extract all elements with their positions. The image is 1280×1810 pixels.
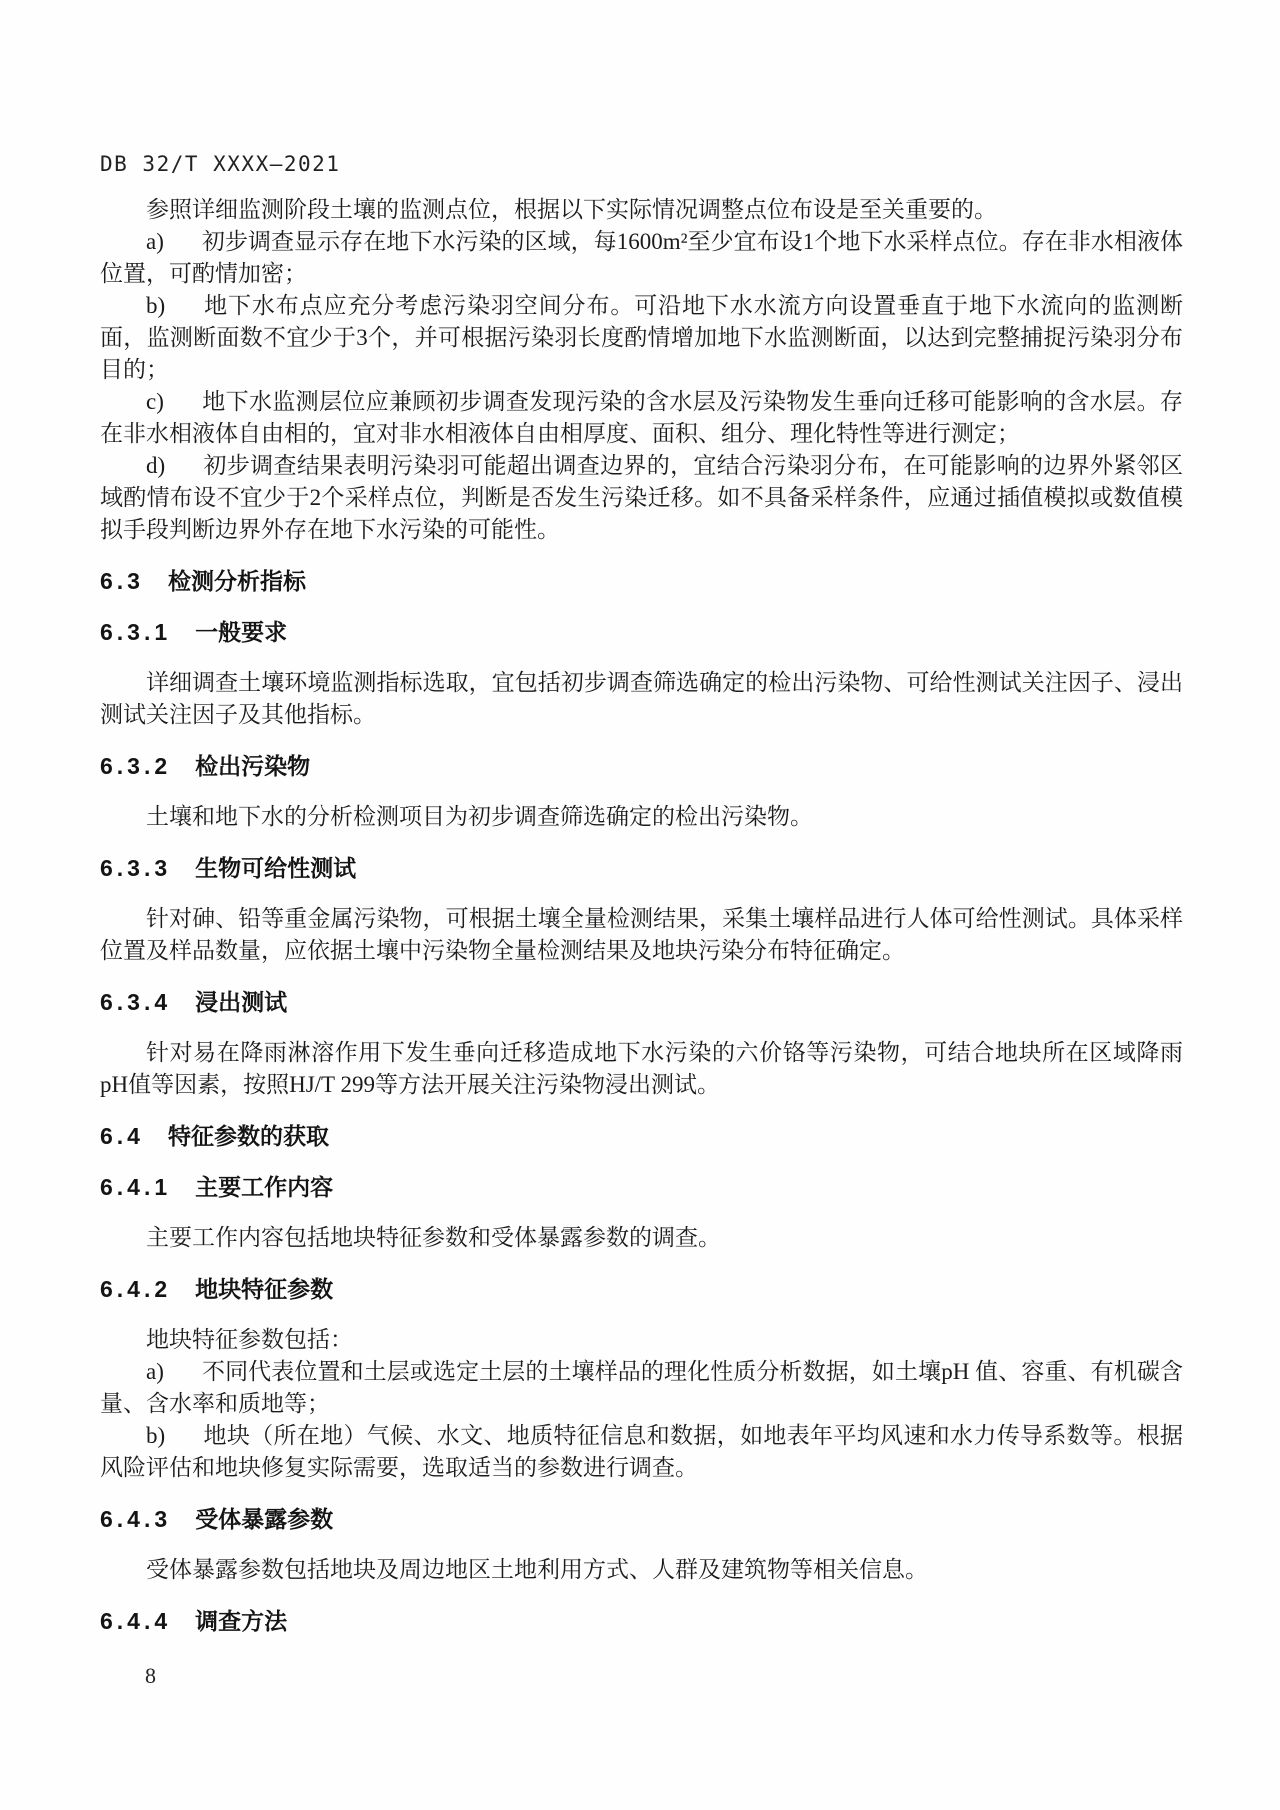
heading-title: 一般要求: [195, 619, 287, 645]
list-text-a: 初步调查显示存在地下水污染的区域，每1600m²至少宜布设1个地下水采样点位。存…: [100, 229, 1183, 286]
heading-number: 6.3.1: [100, 619, 171, 645]
heading-6-4: 6.4特征参数的获取: [100, 1120, 1183, 1152]
list-text-d: 初步调查结果表明污染羽可能超出调查边界的，宜结合污染羽分布，在可能影响的边界外紧…: [100, 453, 1183, 542]
heading-number: 6.4.1: [100, 1174, 171, 1200]
heading-6-4-4: 6.4.4调查方法: [100, 1605, 1183, 1637]
heading-title: 检出污染物: [195, 753, 310, 779]
heading-title: 主要工作内容: [195, 1174, 333, 1200]
list-label-a: a): [146, 229, 164, 254]
heading-title: 调查方法: [195, 1608, 287, 1634]
document-header: DB 32/T XXXX—2021: [100, 150, 1183, 178]
paragraph-6-3-3: 针对砷、铅等重金属污染物，可根据土壤全量检测结果，采集土壤样品进行人体可给性测试…: [100, 903, 1183, 967]
heading-6-3: 6.3检测分析指标: [100, 565, 1183, 597]
list-text-b: 地下水布点应充分考虑污染羽空间分布。可沿地下水水流方向设置垂直于地下水流向的监测…: [100, 293, 1183, 382]
paragraph-6-4-2: 地块特征参数包括：: [100, 1324, 1183, 1356]
list-item-642-a: a)不同代表位置和土层或选定土层的土壤样品的理化性质分析数据，如土壤pH 值、容…: [100, 1356, 1183, 1420]
list-item-b: b)地下水布点应充分考虑污染羽空间分布。可沿地下水水流方向设置垂直于地下水流向的…: [100, 290, 1183, 386]
list-label-642-b: b): [146, 1423, 165, 1448]
heading-title: 特征参数的获取: [168, 1123, 329, 1149]
list-item-a: a)初步调查显示存在地下水污染的区域，每1600m²至少宜布设1个地下水采样点位…: [100, 226, 1183, 290]
heading-6-3-4: 6.3.4浸出测试: [100, 986, 1183, 1018]
document-page: DB 32/T XXXX—2021 参照详细监测阶段土壤的监测点位，根据以下实际…: [0, 0, 1280, 1810]
list-item-d: d)初步调查结果表明污染羽可能超出调查边界的，宜结合污染羽分布，在可能影响的边界…: [100, 450, 1183, 546]
list-text-c: 地下水监测层位应兼顾初步调查发现污染的含水层及污染物发生垂向迁移可能影响的含水层…: [100, 389, 1183, 446]
heading-number: 6.4: [100, 1123, 144, 1149]
heading-number: 6.4.2: [100, 1276, 171, 1302]
list-text-642-a: 不同代表位置和土层或选定土层的土壤样品的理化性质分析数据，如土壤pH 值、容重、…: [100, 1359, 1183, 1416]
paragraph-6-3-4: 针对易在降雨淋溶作用下发生垂向迁移造成地下水污染的六价铬等污染物，可结合地块所在…: [100, 1037, 1183, 1101]
heading-title: 受体暴露参数: [195, 1506, 333, 1532]
heading-title: 检测分析指标: [168, 568, 306, 594]
heading-number: 6.4.4: [100, 1608, 171, 1634]
heading-6-4-2: 6.4.2地块特征参数: [100, 1273, 1183, 1305]
page-number: 8: [145, 1661, 1183, 1691]
paragraph-6-4-1: 主要工作内容包括地块特征参数和受体暴露参数的调查。: [100, 1222, 1183, 1254]
heading-title: 生物可给性测试: [195, 855, 356, 881]
heading-title: 地块特征参数: [195, 1276, 333, 1302]
heading-number: 6.3.2: [100, 753, 171, 779]
list-item-642-b: b)地块（所在地）气候、水文、地质特征信息和数据，如地表年平均风速和水力传导系数…: [100, 1420, 1183, 1484]
paragraph-6-3-2: 土壤和地下水的分析检测项目为初步调查筛选确定的检出污染物。: [100, 801, 1183, 833]
heading-6-4-1: 6.4.1主要工作内容: [100, 1171, 1183, 1203]
list-label-c: c): [146, 389, 164, 414]
paragraph-intro: 参照详细监测阶段土壤的监测点位，根据以下实际情况调整点位布设是至关重要的。: [100, 194, 1183, 226]
heading-6-3-1: 6.3.1一般要求: [100, 616, 1183, 648]
heading-title: 浸出测试: [195, 989, 287, 1015]
heading-number: 6.4.3: [100, 1506, 171, 1532]
list-text-642-b: 地块（所在地）气候、水文、地质特征信息和数据，如地表年平均风速和水力传导系数等。…: [100, 1423, 1183, 1480]
paragraph-6-4-3: 受体暴露参数包括地块及周边地区土地利用方式、人群及建筑物等相关信息。: [100, 1554, 1183, 1586]
heading-6-3-3: 6.3.3生物可给性测试: [100, 852, 1183, 884]
heading-number: 6.3.3: [100, 855, 171, 881]
paragraph-6-3-1: 详细调查土壤环境监测指标选取，宜包括初步调查筛选确定的检出污染物、可给性测试关注…: [100, 667, 1183, 731]
list-label-b: b): [146, 293, 165, 318]
heading-number: 6.3: [100, 568, 144, 594]
heading-number: 6.3.4: [100, 989, 171, 1015]
document-body: 参照详细监测阶段土壤的监测点位，根据以下实际情况调整点位布设是至关重要的。 a)…: [100, 194, 1183, 1691]
list-label-d: d): [146, 453, 165, 478]
heading-6-3-2: 6.3.2检出污染物: [100, 750, 1183, 782]
list-label-642-a: a): [146, 1359, 164, 1384]
heading-6-4-3: 6.4.3受体暴露参数: [100, 1503, 1183, 1535]
list-item-c: c)地下水监测层位应兼顾初步调查发现污染的含水层及污染物发生垂向迁移可能影响的含…: [100, 386, 1183, 450]
